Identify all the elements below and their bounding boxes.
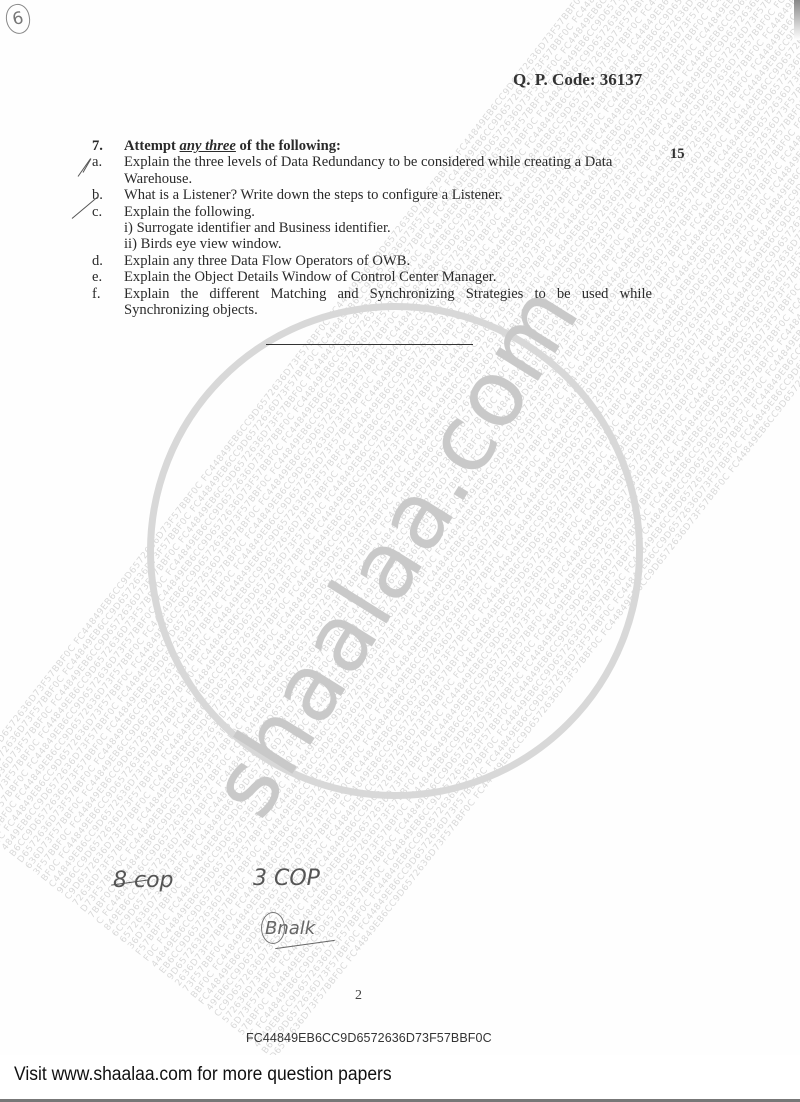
- handwritten-note-2: 3 COP: [253, 866, 320, 891]
- page-number: 2: [355, 988, 362, 1004]
- question-item-c: c. Explain the following.: [92, 204, 652, 220]
- hash-watermark-line: 0C FC44849EB6CC9D6572636D73F57BBF0C FC44…: [0, 0, 739, 847]
- hash-watermark-line: CC9D6572636D73F57BBF0C FC44849EB6CC9D657…: [0, 0, 708, 822]
- handwritten-note-1: 8 cop: [113, 868, 174, 893]
- end-of-questions-divider: [266, 344, 473, 345]
- question-item-a: a. Explain the three levels of Data Redu…: [92, 154, 652, 187]
- item-letter: f.: [92, 286, 124, 302]
- question-header: 7. Attempt any three of the following:: [92, 138, 652, 154]
- hash-watermark-line: B6CC9D6572636D73F57BBF0C FC44849EB6CC9D6…: [8, 0, 755, 859]
- question-item-d: d. Explain any three Data Flow Operators…: [92, 253, 652, 269]
- signature-underline: [275, 940, 335, 949]
- item-text: Explain the following.: [124, 204, 652, 220]
- item-letter: d.: [92, 253, 124, 269]
- item-letter: c.: [92, 204, 124, 220]
- question-subitem-c-ii: ii) Birds eye view window.: [92, 236, 652, 252]
- hash-watermark-line: BF0C FC44849EB6CC9D6572636D73F57BBF0C FC…: [40, 0, 787, 884]
- watermark-text: shaalaa.com: [189, 265, 600, 835]
- footer-bar: Visit www.shaalaa.com for more question …: [0, 1055, 800, 1102]
- qp-code: Q. P. Code: 36137: [513, 70, 642, 90]
- question-marks: 15: [670, 146, 685, 163]
- item-letter: e.: [92, 269, 124, 285]
- hash-watermark-line: 49EB6CC9D6572636D73F57BBF0C FC44849EB6CC…: [0, 0, 700, 816]
- item-letter: a.: [92, 154, 124, 170]
- hash-watermark-line: C44849EB6CC9D6572636D73F57BBF0C FC44849E…: [48, 0, 795, 890]
- hash-watermark-line: 9EB6CC9D6572636D73F57BBF0C FC44849EB6CC9…: [55, 0, 800, 896]
- item-text: Explain the different Matching and Synch…: [124, 286, 652, 319]
- question-item-f: f. Explain the different Matching and Sy…: [92, 286, 652, 319]
- question-subitem-c-i: i) Surrogate identifier and Business ide…: [92, 220, 652, 236]
- hash-watermark-line: 6D73F57BBF0C FC44849EB6CC9D6572636D73F57…: [0, 0, 723, 834]
- signature-loop: [261, 912, 285, 944]
- footer-shaalaa-link[interactable]: Visit www.shaalaa.com for more question …: [14, 1064, 392, 1086]
- hash-watermark-line: 3F57BBF0C FC44849EB6CC9D6572636D73F57BBF…: [32, 0, 779, 877]
- question-item-e: e. Explain the Object Details Window of …: [92, 269, 652, 285]
- item-text: Explain any three Data Flow Operators of…: [124, 253, 652, 269]
- handwritten-signature: Bnalk: [265, 918, 315, 939]
- question-item-b: b. What is a Listener? Write down the st…: [92, 187, 652, 203]
- scan-edge-shadow: [794, 0, 800, 40]
- question-7: 7. Attempt any three of the following: a…: [92, 138, 652, 318]
- hash-watermark-line: 636D73F57BBF0C FC44849EB6CC9D6572636D73F…: [24, 0, 771, 871]
- item-text: What is a Listener? Write down the steps…: [124, 187, 652, 203]
- hash-watermark-line: 572636D73F57BBF0C FC44849EB6CC9D6572636D…: [0, 0, 715, 828]
- hash-watermark-line: 4849EB6CC9D6572636D73F57BBF0C FC44849EB6…: [0, 0, 747, 853]
- question-number: 7.: [92, 138, 124, 154]
- item-text: Explain the Object Details Window of Con…: [124, 269, 652, 285]
- item-text: Explain the three levels of Data Redunda…: [124, 154, 652, 187]
- question-instruction: Attempt any three of the following:: [124, 138, 341, 154]
- watermark-circle: [147, 303, 643, 799]
- question-paper-page: FC44849EB6CC9D6572636D73F57BBF0C FC44849…: [0, 0, 800, 1055]
- hash-watermark-line: D6572636D73F57BBF0C FC44849EB6CC9D657263…: [16, 0, 763, 865]
- instruction-emphasis: any three: [180, 138, 236, 154]
- hash-watermark-line: FC44849EB6CC9D6572636D73F57BBF0C FC44849…: [0, 0, 692, 810]
- hash-watermark-line: 57BBF0C FC44849EB6CC9D6572636D73F57BBF0C…: [0, 0, 731, 840]
- hash-watermark-line: C9D6572636D73F57BBF0C FC44849EB6CC9D6572…: [63, 0, 800, 902]
- hash-watermark-line: 72636D73F57BBF0C FC44849EB6CC9D6572636D7…: [71, 0, 800, 908]
- paper-hash-code: FC44849EB6CC9D6572636D73F57BBF0C: [246, 1031, 492, 1045]
- handwritten-page-mark: 6: [3, 2, 33, 36]
